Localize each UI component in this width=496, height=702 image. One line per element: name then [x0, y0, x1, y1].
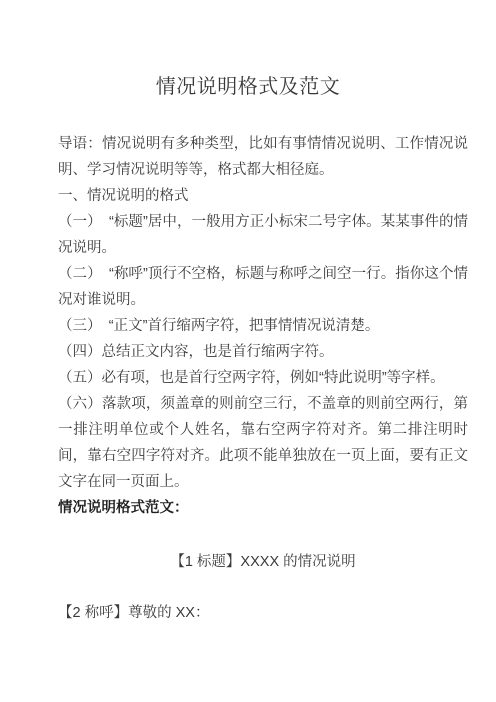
format-item-4: （四）总结正文内容，也是首行缩两字符。 [58, 339, 468, 365]
sample-salutation-line: 【2 称呼】尊敬的 XX： [58, 600, 468, 626]
document-page: 情况说明格式及范文 导语：情况说明有多种类型，比如有事情情况说明、工作情况说明、… [0, 0, 496, 702]
section-heading-format: 一、情况说明的格式 [58, 183, 468, 209]
format-item-3: （三） “正文”首行缩两字符，把事情情况说清楚。 [58, 313, 468, 339]
format-item-2: （二） “称呼”顶行不空格，标题与称呼之间空一行。指你这个情况对谁说明。 [58, 261, 468, 313]
sample-title-line: 【1 标题】XXXX 的情况说明 [58, 549, 468, 575]
document-title: 情况说明格式及范文 [0, 0, 496, 101]
document-body: 导语：情况说明有多种类型，比如有事情情况说明、工作情况说明、学习情况说明等等，格… [58, 131, 468, 626]
sample-section-heading: 情况说明格式范文： [58, 495, 468, 521]
format-item-6: （六）落款项，须盖章的则前空三行，不盖章的则前空两行，第一排注明单位或个人姓名，… [58, 391, 468, 495]
paragraph-intro: 导语：情况说明有多种类型，比如有事情情况说明、工作情况说明、学习情况说明等等，格… [58, 131, 468, 183]
format-item-1: （一） “标题”居中，一般用方正小标宋二号字体。某某事件的情况说明。 [58, 209, 468, 261]
format-item-5: （五）必有项，也是首行空两字符，例如“特此说明”等字样。 [58, 365, 468, 391]
